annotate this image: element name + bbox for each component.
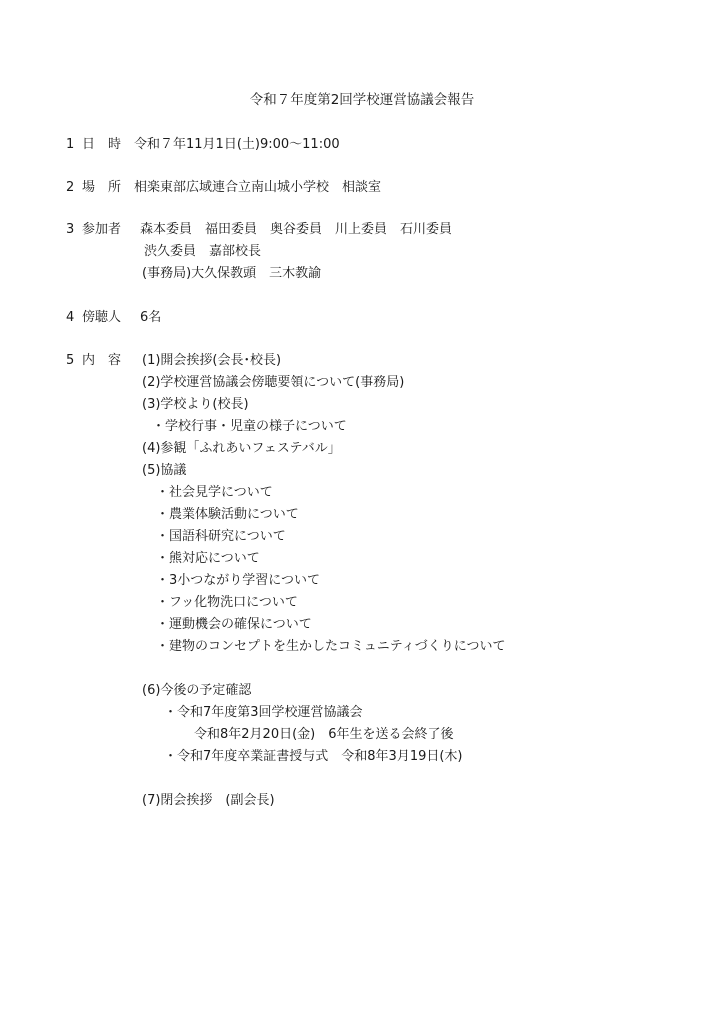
agenda-subitem: ・国語科研究について xyxy=(156,529,286,545)
agenda-subitem: ・学校行事・児童の様子について xyxy=(152,419,347,435)
section-value: 令和７年11月1日(土)9:00～11:00 xyxy=(134,137,340,153)
agenda-subitem: ・熊対応について xyxy=(156,551,260,567)
agenda-detail: 令和8年2月20日(金) 6年生を送る会終了後 xyxy=(194,727,454,743)
section-value: 6名 xyxy=(140,310,161,326)
document-title: 令和７年度第2回学校運営協議会報告 xyxy=(0,92,724,108)
section-label: 場 所 xyxy=(82,180,121,196)
agenda-item: (1)開会挨拶(会長･校長) xyxy=(142,353,281,369)
section-label: 内 容 xyxy=(82,353,121,369)
agenda-subitem: ・建物のコンセプトを生かしたコミュニティづくりについて xyxy=(156,639,505,655)
section-label: 傍聴人 xyxy=(82,310,121,326)
agenda-item: (3)学校より(校長) xyxy=(142,397,249,413)
agenda-subitem: ・フッ化物洗口について xyxy=(156,595,298,611)
agenda-subitem: ・3小つながり学習について xyxy=(156,573,320,589)
section-label: 参加者 xyxy=(82,222,121,238)
section-number: 4 xyxy=(66,310,74,326)
section-number: 2 xyxy=(66,180,74,196)
section-number: 5 xyxy=(66,353,74,369)
section-number: 3 xyxy=(66,222,74,238)
attendee-line: 渋久委員 嘉部校長 xyxy=(144,244,261,260)
agenda-item: (2)学校運営協議会傍聴要領について(事務局) xyxy=(142,375,404,391)
agenda-subitem: ・社会見学について xyxy=(156,485,273,501)
section-value: 相楽東部広域連合立南山城小学校 相談室 xyxy=(134,180,381,196)
agenda-item: (6)今後の予定確認 xyxy=(142,683,251,699)
attendee-line: (事務局)大久保教頭 三木教諭 xyxy=(142,266,321,282)
section-number: 1 xyxy=(66,137,74,153)
agenda-subitem: ・運動機会の確保について xyxy=(156,617,312,633)
agenda-subitem: ・農業体験活動について xyxy=(156,507,299,523)
agenda-item: (4)参観「ふれあいフェステバル」 xyxy=(142,441,341,457)
agenda-subitem: ・令和7年度卒業証書授与式 令和8年3月19日(木) xyxy=(164,749,463,765)
section-label: 日 時 xyxy=(82,137,121,153)
attendee-line: 森本委員 福田委員 奥谷委員 川上委員 石川委員 xyxy=(140,222,452,238)
agenda-item: (7)閉会挨拶 (副会長) xyxy=(142,793,275,809)
agenda-item: (5)協議 xyxy=(142,463,186,479)
agenda-subitem: ・令和7年度第3回学校運営協議会 xyxy=(164,705,363,721)
